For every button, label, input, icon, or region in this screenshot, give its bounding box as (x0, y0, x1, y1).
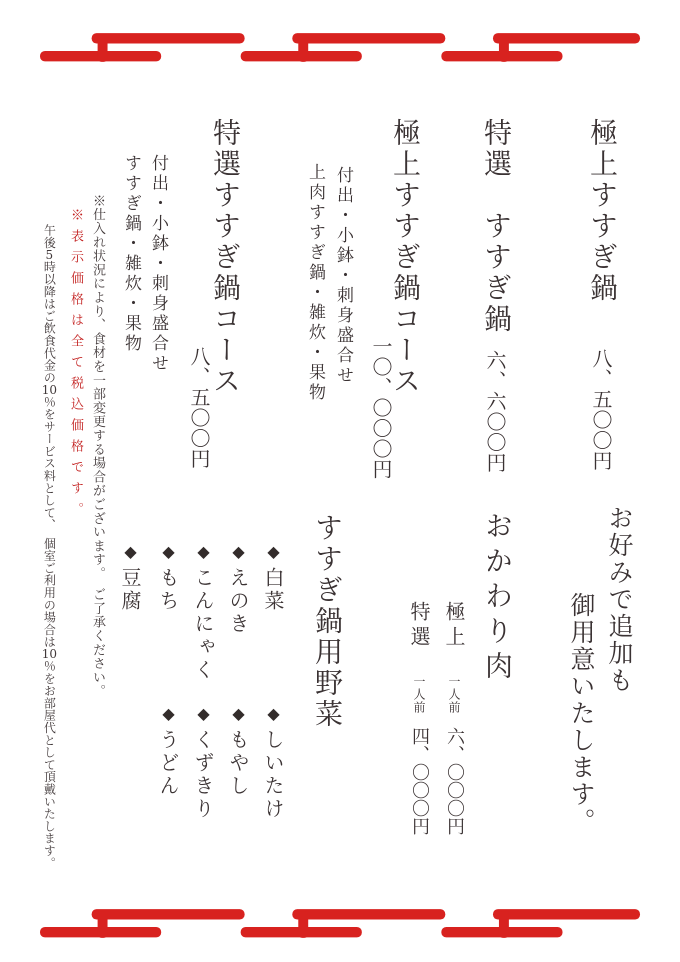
footnote-seg: ％をサービス料として、 個室ご利用の場合は (42, 396, 56, 648)
dish-title-tokusen-susugi-nabe: 特選 すすぎ鍋 (482, 118, 510, 335)
dish-title-gokujo-course: 極上すすぎ鍋コース (391, 118, 419, 397)
course-detail-line: すすぎ鍋・雑炊・果物 (122, 154, 139, 354)
diamond-bullet-icon: ◆ (159, 704, 178, 723)
okawari-option-tokusen: 特選一人前四、〇〇〇円 (409, 601, 429, 835)
diamond-bullet-icon: ◆ (229, 704, 248, 723)
course-detail-line: 付出・小鉢・刺身盛合せ (334, 166, 351, 386)
footnote-seg: 時以降はご飲食代金の (42, 261, 56, 384)
red-chain-border-icon (38, 902, 642, 946)
vegetable-item: ◆白菜 (263, 542, 283, 613)
vegetable-label: うどん (156, 729, 180, 798)
course-detail-line: 上肉すすぎ鍋・雑炊・果物 (306, 163, 323, 403)
footnote-seg: ％をお部屋代として頂戴いたします。 (42, 660, 56, 869)
addition-note-line1: お好みで追加も (607, 505, 632, 694)
vegetable-item: ◆豆腐 (120, 542, 140, 613)
footnote-digit: 10 (42, 648, 57, 660)
vegetable-label: こんにゃく (191, 567, 215, 682)
vegetable-label: しいたけ (261, 729, 285, 821)
okawari-price: 四、〇〇〇円 (409, 727, 430, 835)
okawari-meat-title: おかわり肉 (483, 511, 511, 686)
dish-price-gokujo-course: 一〇、〇〇〇円 (371, 336, 391, 480)
menu-page: 極上すすぎ鍋 八、五〇〇円 特選 すすぎ鍋 六、六〇〇円 極上すすぎ鍋コース 一… (0, 0, 680, 962)
vegetable-item: ◆しいたけ (263, 704, 283, 821)
vegetable-item: ◆くずきり (193, 704, 213, 821)
diamond-bullet-icon: ◆ (194, 704, 213, 723)
diamond-bullet-icon: ◆ (229, 542, 248, 561)
diamond-bullet-icon: ◆ (264, 704, 283, 723)
dish-price-tokusen-susugi-nabe: 六、六〇〇円 (485, 350, 505, 473)
vegetable-item: ◆うどん (158, 704, 178, 798)
vegetable-item: ◆もち (158, 542, 178, 613)
footnote-digit: 5 (46, 249, 54, 261)
vegetable-label: えのき (226, 567, 250, 636)
footnote-digit: 10 (42, 384, 57, 396)
vegetables-title: すすぎ鍋用野菜 (313, 513, 341, 730)
vegetable-label: もやし (226, 729, 250, 798)
diamond-bullet-icon: ◆ (159, 542, 178, 561)
vegetable-label: 白菜 (261, 567, 285, 613)
bottom-border-ornament (38, 902, 642, 946)
vegetable-label: くずきり (191, 729, 215, 821)
red-chain-border-icon (38, 26, 642, 70)
footnote-service-charge: 午後5時以降はご飲食代金の10％をサービス料として、 個室ご利用の場合は10％を… (42, 224, 57, 869)
vegetable-label: 豆腐 (118, 567, 142, 613)
diamond-bullet-icon: ◆ (264, 542, 283, 561)
okawari-unit: 一人前 (412, 675, 426, 714)
okawari-price: 六、〇〇〇円 (444, 727, 465, 835)
vegetable-label: もち (156, 567, 180, 613)
diamond-bullet-icon: ◆ (194, 542, 213, 561)
course-detail-line: 付出・小鉢・刺身盛合せ (149, 154, 166, 374)
addition-note-line2: 御用意いたします。 (569, 592, 594, 835)
footnote-ingredients: ※仕入れ状況により、食材を一部変更する場合がございます。 ご了承ください。 (91, 194, 104, 698)
okawari-grade: 極上 (442, 601, 466, 651)
okawari-option-gokujo: 極上一人前六、〇〇〇円 (444, 601, 464, 835)
dish-price-gokujo-susugi-nabe: 八、五〇〇円 (591, 348, 611, 471)
diamond-bullet-icon: ◆ (121, 542, 140, 561)
footnote-seg: 午後 (42, 224, 56, 249)
vegetable-item: ◆もやし (228, 704, 248, 798)
dish-title-tokusen-course: 特選すすぎ鍋コース (211, 118, 239, 397)
dish-price-tokusen-course: 八、五〇〇円 (189, 346, 209, 469)
okawari-grade: 特選 (407, 601, 431, 651)
dish-title-gokujo-susugi-nabe: 極上すすぎ鍋 (588, 118, 616, 304)
okawari-unit: 一人前 (447, 675, 461, 714)
vegetable-item: ◆こんにゃく (193, 542, 213, 682)
top-border-ornament (38, 26, 642, 70)
footnote-tax-included: ※表示価格は全て税込価格です。 (69, 208, 82, 523)
vegetable-item: ◆えのき (228, 542, 248, 636)
